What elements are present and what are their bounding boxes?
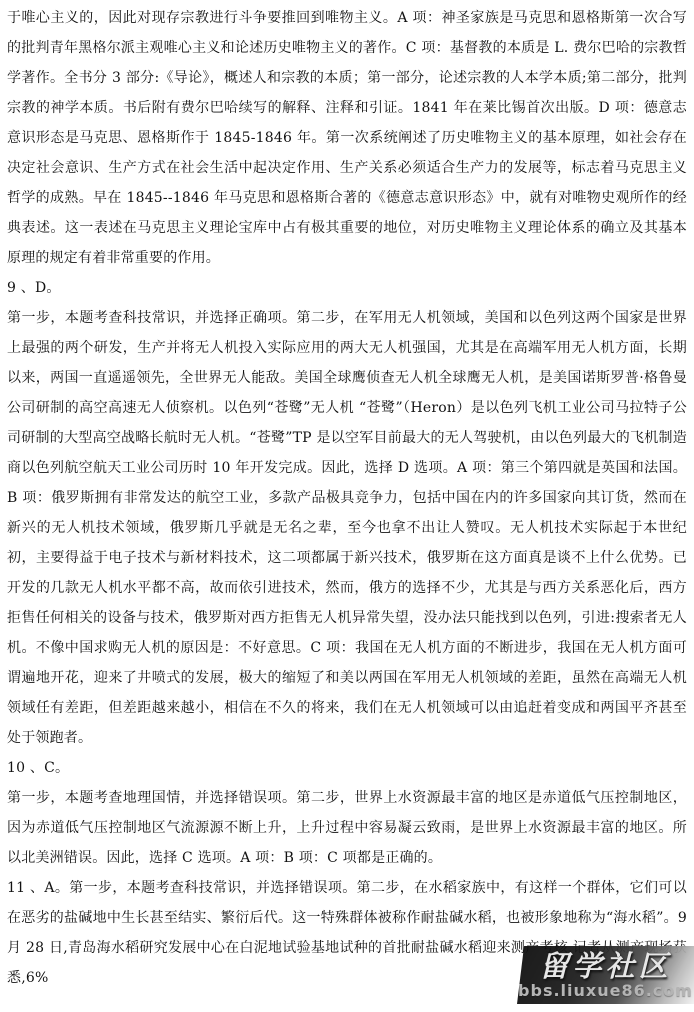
paragraph-answer-10-explanation: 第一步，本题考查地理国情，并选择错误项。第二步，世界上水资源最丰富的地区是赤道低… xyxy=(7,783,687,873)
watermark: 留学社区 bbs.liuxue86.com xyxy=(517,946,694,1004)
paragraph-answer-8-explanation: 于唯心主义的，因此对现存宗教进行斗争要推回到唯物主义。A 项：神圣家族是马克思和… xyxy=(7,3,687,273)
answer-line-10: 10 、C。 xyxy=(7,753,687,783)
document-page: 于唯心主义的，因此对现存宗教进行斗争要推回到唯物主义。A 项：神圣家族是马克思和… xyxy=(7,3,687,993)
paragraph-answer-9-explanation: 第一步，本题考查科技常识，并选择正确项。第二步，在军用无人机领域，美国和以色列这… xyxy=(7,303,687,753)
answer-line-9: 9 、D。 xyxy=(7,273,687,303)
watermark-site-url: bbs.liuxue86.com xyxy=(518,982,693,1000)
watermark-site-name: 留学社区 xyxy=(539,951,671,982)
